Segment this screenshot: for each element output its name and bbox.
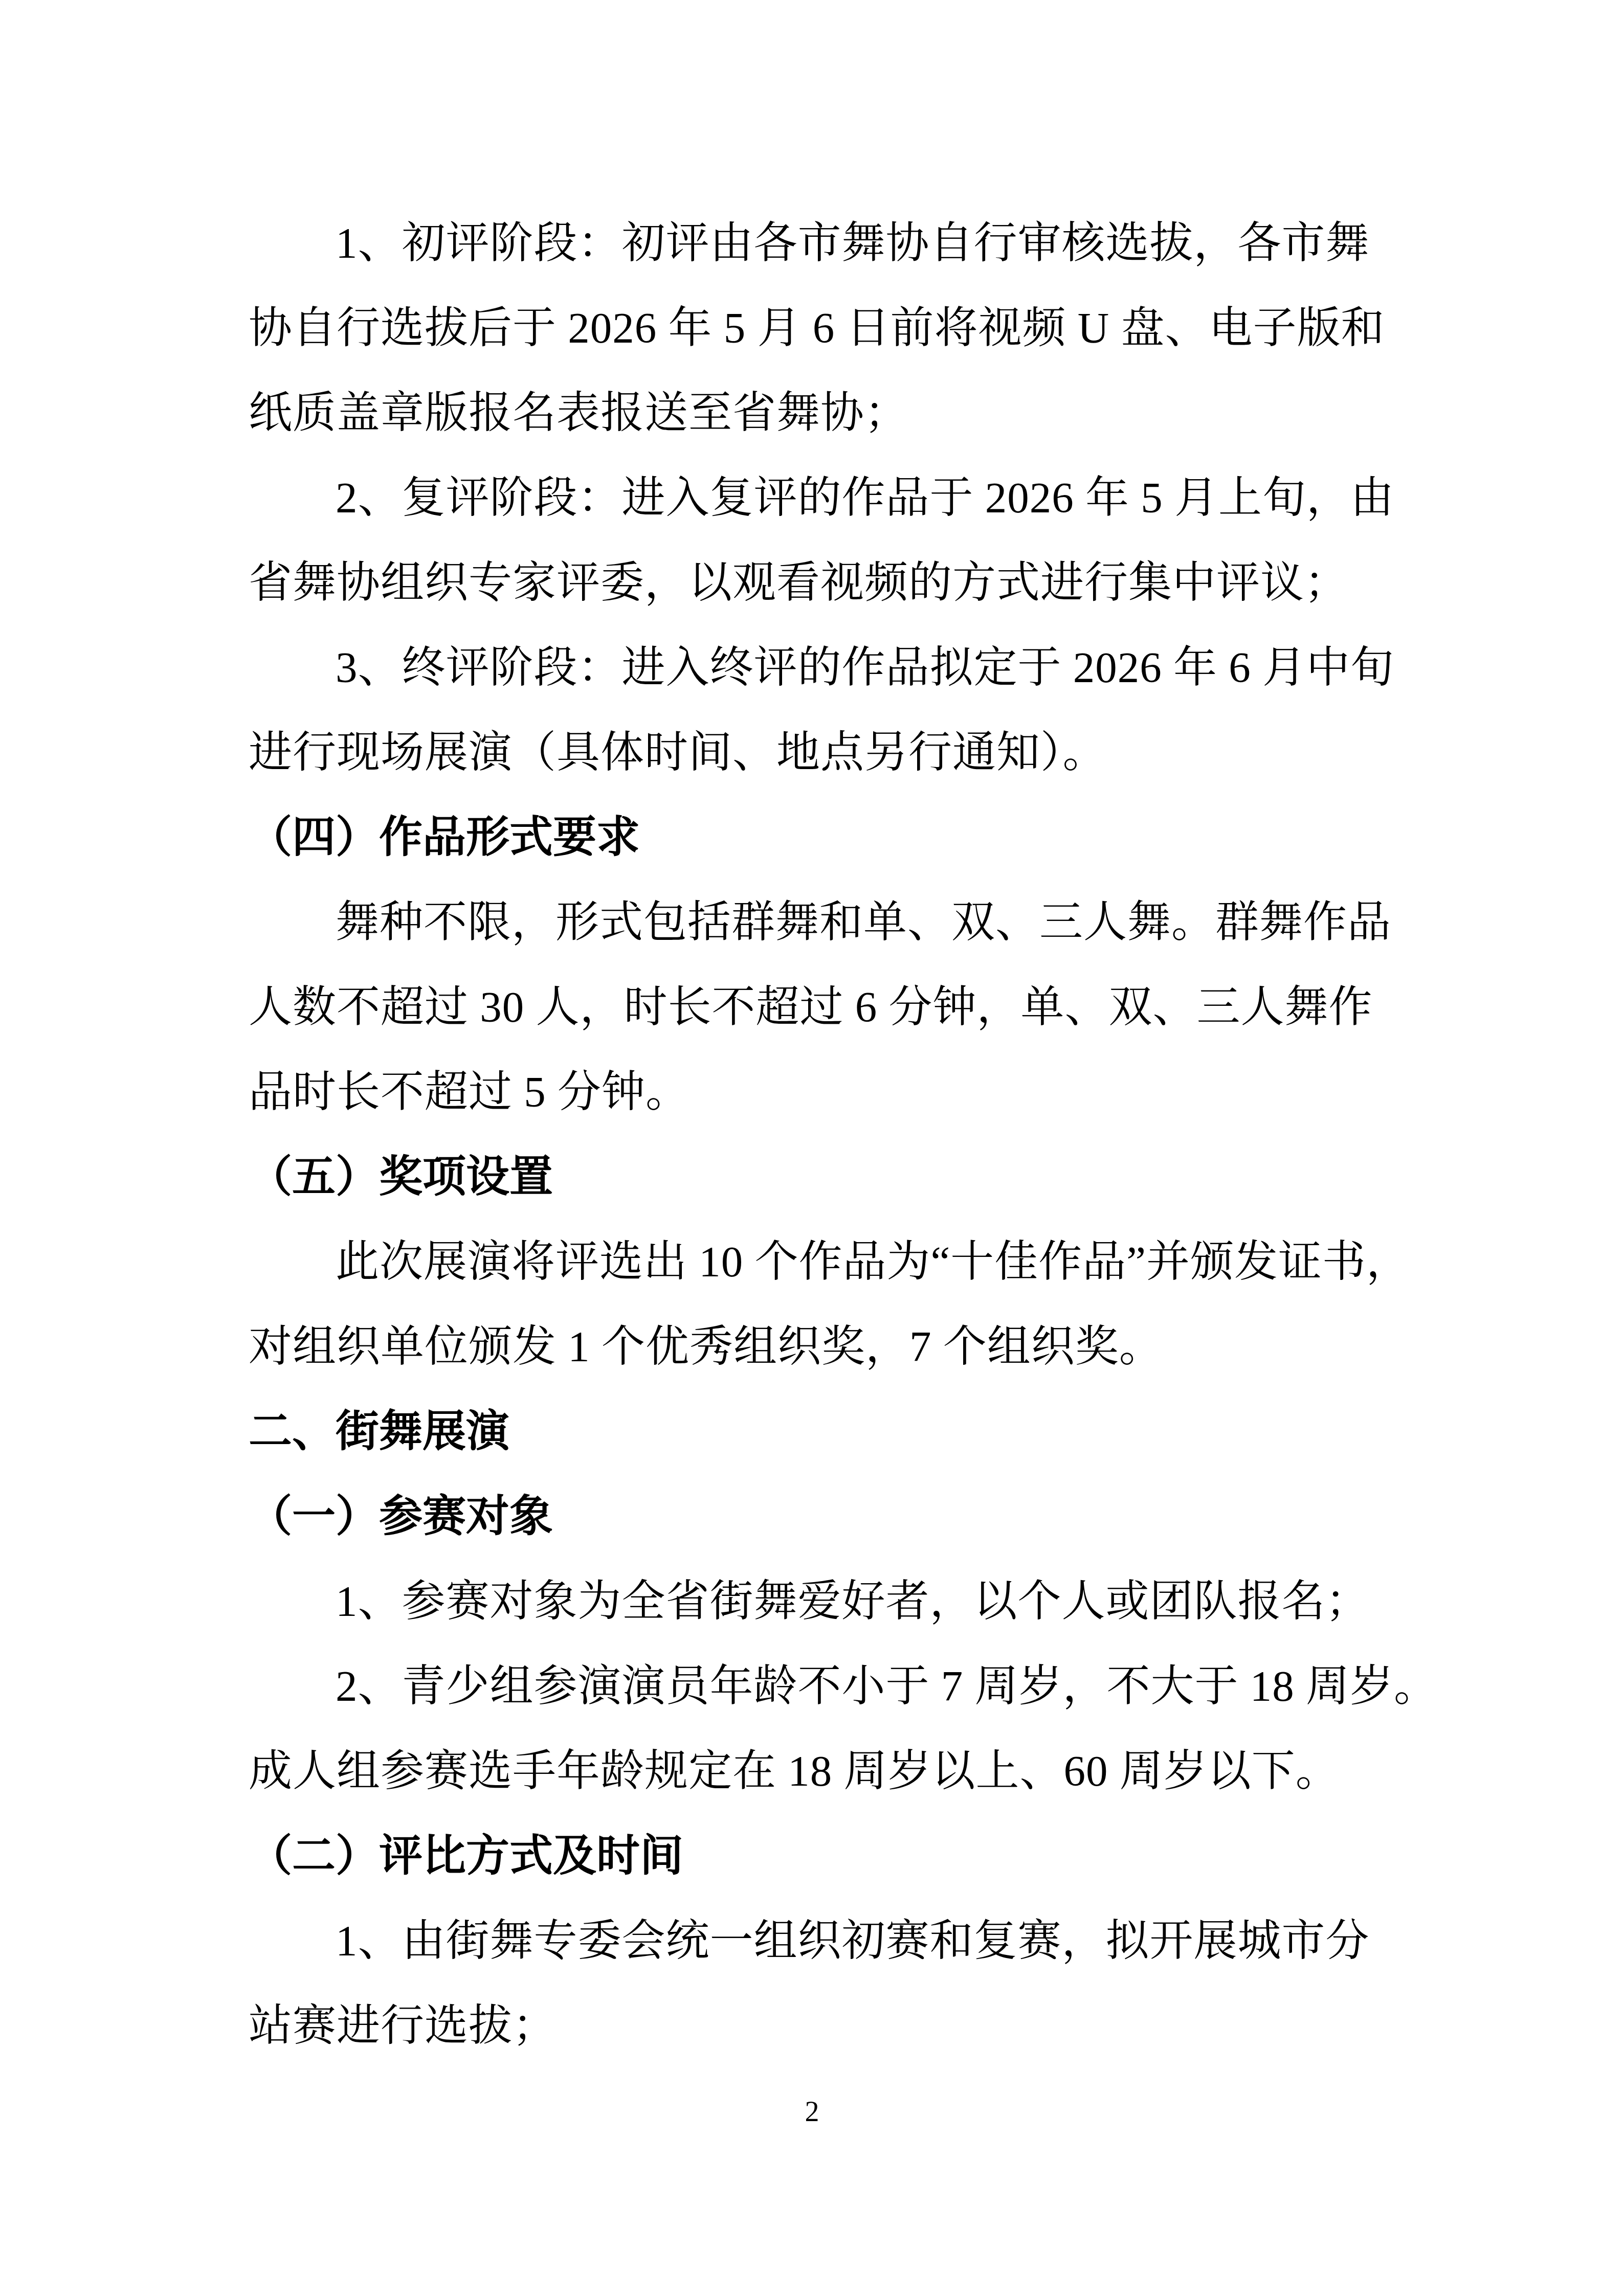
body-text-line: 协自行选拔后于 2026 年 5 月 6 日前将视频 U 盘、电子版和 xyxy=(249,286,1389,371)
body-text-line: 人数不超过 30 人，时长不超过 6 分钟，单、双、三人舞作 xyxy=(249,965,1389,1050)
heading-evaluation-method-and-time: （二）评比方式及时间 xyxy=(249,1814,1389,1899)
body-text-line: 品时长不超过 5 分钟。 xyxy=(249,1050,1389,1135)
document-page: 1、初评阶段：初评由各市舞协自行审核选拔，各市舞 协自行选拔后于 2026 年 … xyxy=(0,0,1624,2296)
body-text-line: 对组织单位颁发 1 个优秀组织奖，7 个组织奖。 xyxy=(249,1304,1389,1389)
body-text-line: 2、青少组参演演员年龄不小于 7 周岁，不大于 18 周岁。 xyxy=(249,1644,1389,1729)
body-text-line: 3、终评阶段：进入终评的作品拟定于 2026 年 6 月中旬 xyxy=(249,625,1389,710)
body-text-line: 1、由街舞专委会统一组织初赛和复赛，拟开展城市分 xyxy=(249,1899,1389,1984)
heading-work-format-requirements: （四）作品形式要求 xyxy=(249,795,1389,880)
body-text-line: 纸质盖章版报名表报送至省舞协； xyxy=(249,371,1389,456)
heading-street-dance-show: 二、街舞展演 xyxy=(249,1389,1389,1474)
body-text-line: 省舞协组织专家评委，以观看视频的方式进行集中评议； xyxy=(249,541,1389,625)
body-text-line: 此次展演将评选出 10 个作品为“十佳作品”并颁发证书， xyxy=(249,1220,1389,1304)
body-text-line: 舞种不限，形式包括群舞和单、双、三人舞。群舞作品 xyxy=(249,880,1389,965)
heading-participants: （一）参赛对象 xyxy=(249,1474,1389,1559)
body-text-line: 进行现场展演（具体时间、地点另行通知）。 xyxy=(249,710,1389,795)
page-number: 2 xyxy=(0,2094,1624,2130)
body-text-line: 1、初评阶段：初评由各市舞协自行审核选拔，各市舞 xyxy=(249,201,1389,286)
body-text-line: 站赛进行选拔； xyxy=(249,1984,1389,2068)
body-text-line: 成人组参赛选手年龄规定在 18 周岁以上、60 周岁以下。 xyxy=(249,1729,1389,1814)
body-text-line: 2、复评阶段：进入复评的作品于 2026 年 5 月上旬，由 xyxy=(249,456,1389,541)
heading-awards-setup: （五）奖项设置 xyxy=(249,1135,1389,1220)
document-body: 1、初评阶段：初评由各市舞协自行审核选拔，各市舞 协自行选拔后于 2026 年 … xyxy=(249,201,1389,2068)
body-text-line: 1、参赛对象为全省街舞爱好者，以个人或团队报名； xyxy=(249,1559,1389,1644)
